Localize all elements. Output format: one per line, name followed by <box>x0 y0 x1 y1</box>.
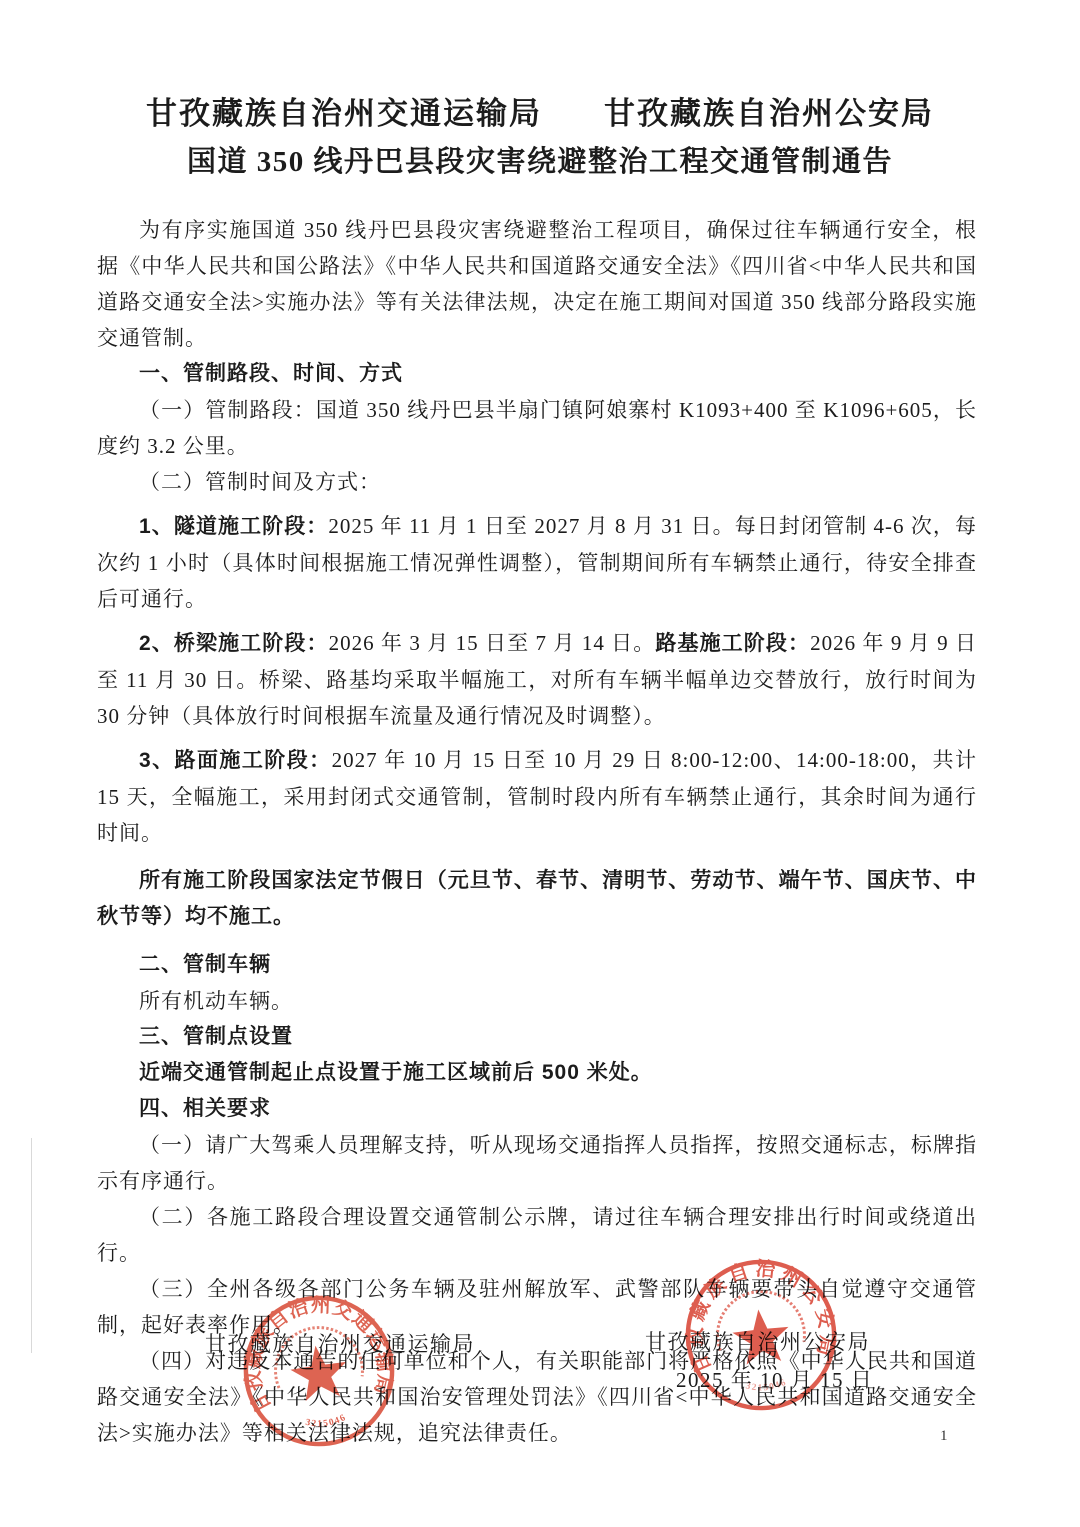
intro-paragraph: 为有序实施国道 350 线丹巴县段灾害绕避整治工程项目，确保过往车辆通行安全，根… <box>97 212 977 356</box>
document-page: 甘孜藏族自治州交通运输局 甘孜藏族自治州公安局 国道 350 线丹巴县段灾害绕避… <box>0 0 1080 1527</box>
phase2-label: 2、桥梁施工阶段： <box>139 632 329 655</box>
official-seal-transport-bureau: 甘孜藏族自治州交通运输局 5133215046465 <box>230 1282 408 1460</box>
issuer-transport-bureau: 甘孜藏族自治州交通运输局 <box>146 92 542 136</box>
phase2b-label: 路基施工阶段： <box>655 632 810 655</box>
notice-body: 为有序实施国道 350 线丹巴县段灾害绕避整治工程项目，确保过往车辆通行安全，根… <box>97 212 977 1451</box>
control-time-label: （二）管制时间及方式： <box>97 464 977 500</box>
phase1-paragraph: 1、隧道施工阶段：2025 年 11 月 1 日至 2027 月 8 月 31 … <box>97 508 977 617</box>
issuer-public-security-bureau: 甘孜藏族自治州公安局 <box>604 92 934 136</box>
title-block: 甘孜藏族自治州交通运输局 甘孜藏族自治州公安局 国道 350 线丹巴县段灾害绕避… <box>0 92 1080 184</box>
issuing-agencies-row: 甘孜藏族自治州交通运输局 甘孜藏族自治州公安局 <box>0 92 1080 136</box>
star-icon <box>730 1307 792 1366</box>
star-icon <box>288 1342 351 1403</box>
page-number: 1 <box>940 1428 948 1445</box>
notice-title: 国道 350 线丹巴县段灾害绕避整治工程交通管制通告 <box>0 140 1080 184</box>
section1-heading: 一、管制路段、时间、方式 <box>97 356 977 392</box>
official-seal-public-security-bureau: 甘孜藏族自治州公安局 5133215046319 <box>674 1248 848 1422</box>
section3-heading: 三、管制点设置 <box>97 1019 977 1055</box>
holiday-notice: 所有施工阶段国家法定节假日（元旦节、春节、清明节、劳动节、端午节、国庆节、中秋节… <box>97 863 977 935</box>
phase2-dates: 2026 年 3 月 15 日至 7 月 14 日。 <box>329 631 656 655</box>
requirement1-paragraph: （一）请广大驾乘人员理解支持，听从现场交通指挥人员指挥，按照交通标志，标牌指示有… <box>97 1127 977 1199</box>
phase2-paragraph: 2、桥梁施工阶段：2026 年 3 月 15 日至 7 月 14 日。路基施工阶… <box>97 625 977 734</box>
section4-heading: 四、相关要求 <box>97 1091 977 1127</box>
requirement2-paragraph: （二）各施工路段合理设置交通管制公示牌，请过往车辆合理安排出行时间或绕道出行。 <box>97 1199 977 1271</box>
phase3-paragraph: 3、路面施工阶段：2027 年 10 月 15 日至 10 月 29 日 8:0… <box>97 742 977 851</box>
section2-heading: 二、管制车辆 <box>97 947 977 983</box>
section2-text: 所有机动车辆。 <box>97 983 977 1019</box>
phase1-label: 1、隧道施工阶段： <box>139 515 328 538</box>
phase3-label: 3、路面施工阶段： <box>139 749 332 772</box>
control-section-paragraph: （一）管制路段：国道 350 线丹巴县半扇门镇阿娘寨村 K1093+400 至 … <box>97 392 977 464</box>
section3-text: 近端交通管制起止点设置于施工区域前后 500 米处。 <box>97 1055 977 1091</box>
scan-artifact-line <box>31 1138 32 1353</box>
